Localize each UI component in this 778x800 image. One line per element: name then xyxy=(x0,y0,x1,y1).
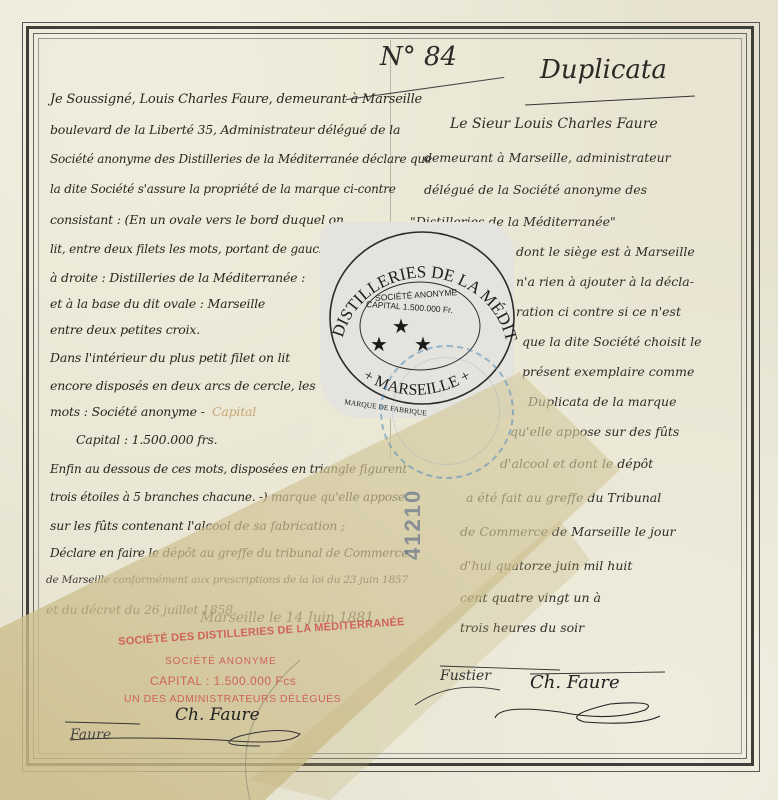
right-line: d'hui quatorze juin mil huit xyxy=(460,558,632,573)
left-line: Enfin au dessous de ces mots, disposées … xyxy=(50,462,407,476)
left-line: mots : Société anonyme - xyxy=(50,404,205,419)
blue-stamp-inner-ring xyxy=(392,357,500,465)
duplicata-heading: Duplicata xyxy=(540,55,667,85)
left-line: boulevard de la Liberté 35, Administrate… xyxy=(50,122,400,137)
right-line: de Commerce de Marseille le jour xyxy=(460,524,676,539)
star-icon: ★ xyxy=(392,316,410,336)
left-line: encore disposés en deux arcs de cercle, … xyxy=(50,378,315,393)
star-icon: ★ xyxy=(370,334,388,354)
left-line: Société anonyme des Distilleries de la M… xyxy=(50,152,432,166)
signature-flourish-left xyxy=(60,712,320,752)
right-line: Duplicata de la marque xyxy=(528,394,677,409)
registry-number: 41210 xyxy=(400,489,426,560)
right-line: présent exemplaire comme xyxy=(522,364,694,379)
right-line: a été fait au greffe du Tribunal xyxy=(466,490,661,505)
label-outer-top: DISTILLERIES DE LA MÉDITERRANÉE xyxy=(320,222,520,344)
right-line: d'alcool et dont le dépôt xyxy=(500,456,653,471)
right-line: dont le siège est à Marseille xyxy=(516,244,695,259)
right-line: cent quatre vingt un à xyxy=(460,590,601,605)
pencil-note: Capital xyxy=(212,404,256,419)
left-line: la dite Société s'assure la propriété de… xyxy=(50,182,396,196)
certificate-number: N° 84 xyxy=(380,42,457,72)
left-line: et à la base du dit ovale : Marseille xyxy=(50,296,265,311)
right-line: trois heures du soir xyxy=(460,620,584,635)
red-stamp-capital: CAPITAL : 1.500.000 Fcs xyxy=(150,674,296,688)
svg-text:DISTILLERIES DE LA MÉDITERRANÉ: DISTILLERIES DE LA MÉDITERRANÉE xyxy=(320,222,520,344)
right-line: demeurant à Marseille, administrateur xyxy=(424,150,671,165)
right-line: qu'elle appose sur des fûts xyxy=(510,424,679,439)
right-line: délégué de la Société anonyme des xyxy=(424,182,647,197)
left-line: consistant : (En un ovale vers le bord d… xyxy=(50,212,344,227)
right-line: que la dite Société choisit le xyxy=(522,334,702,349)
red-stamp-administrator: UN DES ADMINISTRATEURS DÉLÉGUÉS xyxy=(124,693,341,705)
left-line: à droite : Distilleries de la Méditerran… xyxy=(50,270,305,285)
left-line: Capital : 1.500.000 frs. xyxy=(76,432,217,447)
right-line: n'a rien à ajouter à la décla- xyxy=(516,274,694,289)
signature-flourish-right xyxy=(410,660,670,730)
left-line: de Marseille conformément aux prescripti… xyxy=(46,574,408,586)
left-line: trois étoiles à 5 branches chacune. -) m… xyxy=(50,490,405,504)
red-stamp-societe-anonyme: SOCIÉTÉ ANONYME xyxy=(165,656,277,667)
left-line: sur les fûts contenant l'alcool de sa fa… xyxy=(50,518,345,533)
right-line: ration ci contre si ce n'est xyxy=(516,304,681,319)
right-line: Le Sieur Louis Charles Faure xyxy=(450,116,658,132)
left-line: Dans l'intérieur du plus petit filet on … xyxy=(50,350,290,365)
left-line: lit, entre deux filets les mots, portant… xyxy=(50,242,333,256)
left-line: Je Soussigné, Louis Charles Faure, demeu… xyxy=(50,92,422,107)
left-line: entre deux petites croix. xyxy=(50,322,200,337)
left-line: Déclare en faire le dépôt au greffe du t… xyxy=(50,546,408,560)
